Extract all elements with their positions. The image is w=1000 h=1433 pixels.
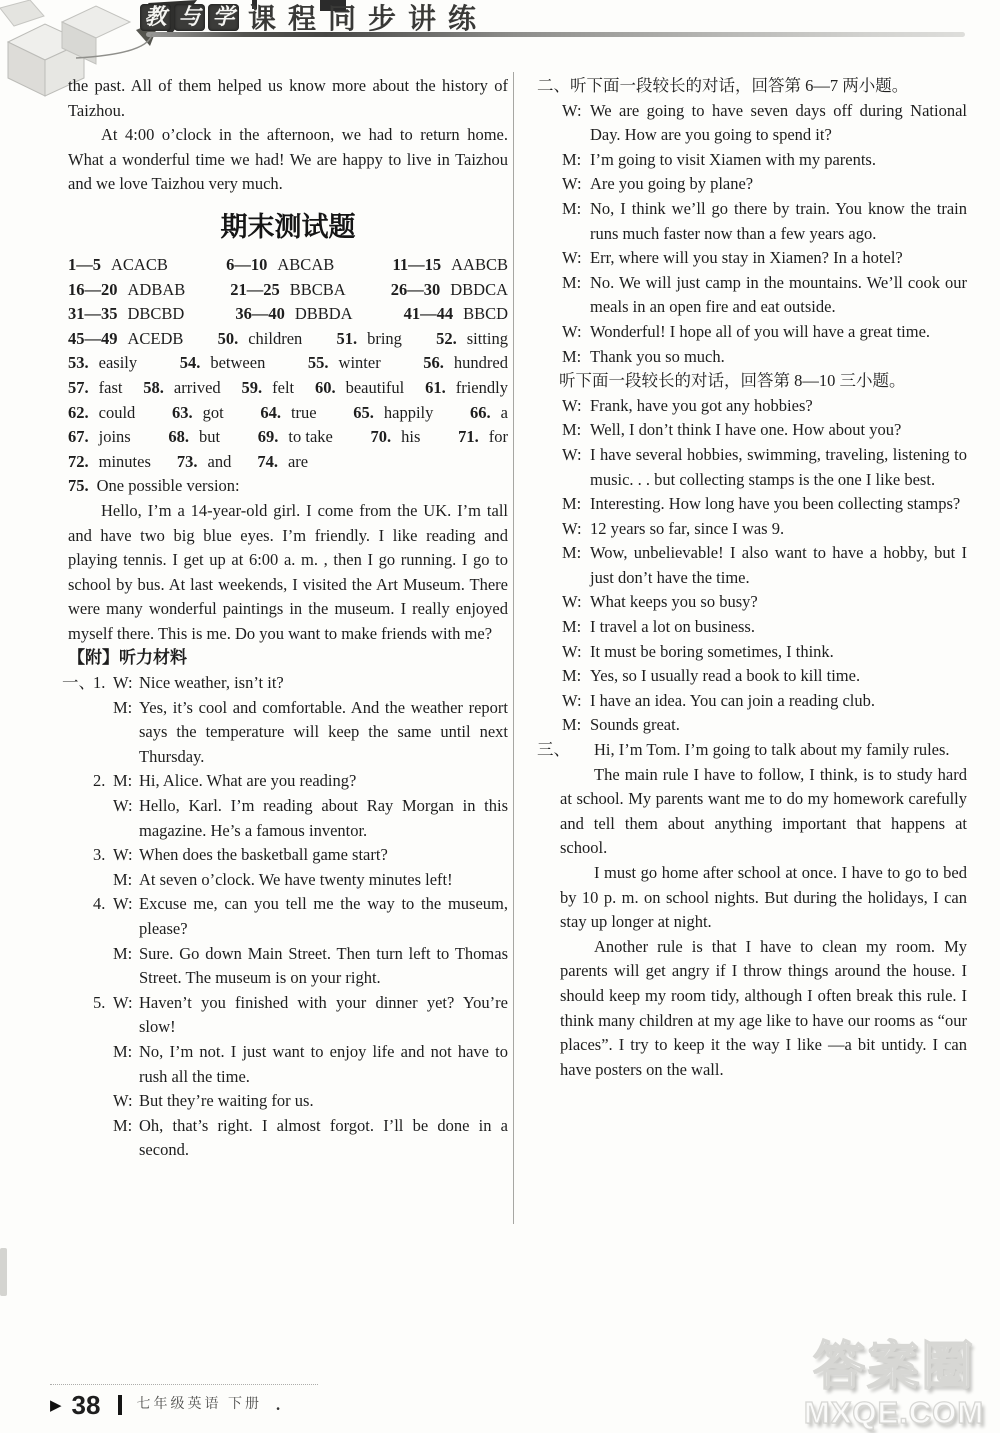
speaker-label: M: <box>113 696 132 721</box>
answer-group: 75.One possible version: <box>68 476 240 495</box>
answer-group: 59.felt <box>242 376 295 401</box>
answer-group: 21—25BBCBA <box>230 278 345 303</box>
dialog-line: M:Thank you so much. <box>537 345 967 370</box>
dialog-line: M:No, I think we’ll go there by train. Y… <box>537 197 967 246</box>
speaker-label: M: <box>562 664 581 689</box>
speaker-label: M: <box>562 345 581 370</box>
answer-text: joins <box>99 427 131 446</box>
answer-number: 51. <box>336 329 357 348</box>
monologue-body: Hi, I’m Tom. I’m going to talk about my … <box>560 738 967 1082</box>
answer-line: 75.One possible version: <box>68 474 508 499</box>
answer-number: 45—49 <box>68 329 118 348</box>
answer-text: hundred <box>454 353 508 372</box>
speaker-label: W: <box>562 320 582 345</box>
answer-text: to take <box>288 427 332 446</box>
answer-text: felt <box>272 378 294 397</box>
dialog-line: 4.W:Excuse me, can you tell me the way t… <box>68 892 508 941</box>
dialog-text: We are going to have seven days off duri… <box>590 99 967 148</box>
answer-number: 11—15 <box>393 255 442 274</box>
answer-number: 54. <box>180 353 201 372</box>
answer-text: true <box>291 403 317 422</box>
footer-divider <box>118 1395 122 1415</box>
arrow-icon: ▶ <box>50 1393 62 1418</box>
answer-number: 57. <box>68 378 89 397</box>
answer-line: 1—5ACACB6—10ABCAB11—15AABCB <box>68 253 508 278</box>
dialog-line: M:Sure. Go down Main Street. Then turn l… <box>68 942 508 991</box>
answer-text: fast <box>99 378 123 397</box>
answer-group: 56.hundred <box>423 351 508 376</box>
answer-line: 53.easily54.between55.winter56.hundred <box>68 351 508 376</box>
answer-number: 62. <box>68 403 89 422</box>
footer-dot: . <box>276 1393 280 1418</box>
speaker-label: M: <box>562 615 581 640</box>
monologue-paragraph: I must go home after school at once. I h… <box>560 861 967 935</box>
answer-text: ABCAB <box>277 255 334 274</box>
speaker-label: W: <box>113 1089 133 1114</box>
answer-group: 50.children <box>218 327 303 352</box>
dialog-line: W:But they’re waiting for us. <box>68 1089 508 1114</box>
speaker-label: W: <box>562 689 582 714</box>
dialog-text: But they’re waiting for us. <box>139 1089 508 1114</box>
speaker-label: M: <box>562 713 581 738</box>
section-number: 一、 <box>62 671 95 696</box>
answer-text: got <box>203 403 224 422</box>
answer-group: 55.winter <box>308 351 381 376</box>
series-title: 课程同步讲练 <box>248 5 488 33</box>
dialog-line: W:Err, where will you stay in Xiamen? In… <box>537 246 967 271</box>
answer-number: 67. <box>68 427 89 446</box>
answer-text: between <box>210 353 265 372</box>
answer-group: 6—10ABCAB <box>226 253 334 278</box>
dialog-line: W:I have an idea. You can join a reading… <box>537 689 967 714</box>
monologue: 三、 Hi, I’m Tom. I’m going to talk about … <box>537 738 967 1082</box>
answer-text: are <box>288 452 308 471</box>
answer-line: 16—20ADBAB21—25BBCBA26—30DBDCA <box>68 278 508 303</box>
dialog-line: M:Yes, it’s cool and comfortable. And th… <box>68 696 508 770</box>
left-column: the past. All of them helped us know mor… <box>68 74 508 1163</box>
dialog-line: W:Hello, Karl. I’m reading about Ray Mor… <box>68 794 508 843</box>
answer-number: 60. <box>315 378 336 397</box>
scan-edge-artifact <box>0 1248 7 1296</box>
answer-text: but <box>199 427 220 446</box>
dialog-text: Interesting. How long have you been coll… <box>590 492 967 517</box>
dialog-line: M:No, I’m not. I just want to enjoy life… <box>68 1040 508 1089</box>
watermark-line2: MXQE.COM <box>794 1395 994 1431</box>
speaker-label: W: <box>113 843 133 868</box>
speaker-label: M: <box>562 148 581 173</box>
dialog-line: W:Are you going by plane? <box>537 172 967 197</box>
answer-number: 59. <box>242 378 263 397</box>
answer-group: 66.a <box>470 401 508 426</box>
answer-number: 71. <box>458 427 479 446</box>
answer-text: happily <box>384 403 434 422</box>
dialog-text: Yes, it’s cool and comfortable. And the … <box>139 696 508 770</box>
listening-materials-header: 【附】听力材料 <box>68 646 508 671</box>
dialog-text: It must be boring sometimes, I think. <box>590 640 967 665</box>
dialog-text: Excuse me, can you tell me the way to th… <box>139 892 508 941</box>
answer-text: DBCBD <box>128 304 185 323</box>
column-divider <box>513 72 514 1224</box>
answer-group: 36—40DBBDA <box>235 302 352 327</box>
answer-group: 71.for <box>458 425 508 450</box>
answer-text: DBDCA <box>450 280 508 299</box>
section-header: 二、听下面一段较长的对话，回答第 6—7 两小题。 <box>537 74 967 99</box>
answer-group: 45—49ACEDB <box>68 327 183 352</box>
dialog-text: Oh, that’s right. I almost forgot. I’ll … <box>139 1114 508 1163</box>
answer-group: 69.to take <box>258 425 333 450</box>
speaker-label: M: <box>113 769 132 794</box>
dialog-line: W:It must be boring sometimes, I think. <box>537 640 967 665</box>
answer-number: 41—44 <box>404 304 454 323</box>
answer-number: 55. <box>308 353 329 372</box>
dialog-text: When does the basketball game start? <box>139 843 508 868</box>
dialog-text: Well, I don’t think I have one. How abou… <box>590 418 967 443</box>
dialog-line: 2.M:Hi, Alice. What are you reading? <box>68 769 508 794</box>
speaker-label: M: <box>562 418 581 443</box>
dialog-text: No, I think we’ll go there by train. You… <box>590 197 967 246</box>
answer-text: a <box>501 403 508 422</box>
speaker-label: W: <box>113 892 133 917</box>
answer-group: 57.fast <box>68 376 122 401</box>
dialog-text: Are you going by plane? <box>590 172 967 197</box>
answer-number: 66. <box>470 403 491 422</box>
answer-group: 31—35DBCBD <box>68 302 184 327</box>
answer-group: 11—15AABCB <box>393 253 508 278</box>
dialog-text: I have several hobbies, swimming, travel… <box>590 443 967 492</box>
answer-text: ADBAB <box>128 280 186 299</box>
answer-text: minutes <box>99 452 151 471</box>
section-title: 期末测试题 <box>68 209 508 245</box>
dialog-line: M:I travel a lot on business. <box>537 615 967 640</box>
dialog-line: M:At seven o’clock. We have twenty minut… <box>68 868 508 893</box>
answer-group: 62.could <box>68 401 135 426</box>
answer-group: 60.beautiful <box>315 376 404 401</box>
speaker-label: W: <box>562 590 582 615</box>
answer-number: 70. <box>371 427 392 446</box>
logo-char: 学 <box>208 4 239 31</box>
speaker-label: M: <box>562 492 581 517</box>
answer-number: 56. <box>423 353 444 372</box>
listening-dialog-section-1: 一、1.W:Nice weather, isn’t it?M:Yes, it’s… <box>68 671 508 1163</box>
monologue-paragraph: Hi, I’m Tom. I’m going to talk about my … <box>560 738 967 763</box>
page-number: 38 <box>72 1392 101 1418</box>
answer-number: 64. <box>260 403 281 422</box>
speaker-label: M: <box>562 271 581 296</box>
dialog-text: Hi, Alice. What are you reading? <box>139 769 508 794</box>
answer-line: 45—49ACEDB50.children51.bring52.sitting <box>68 327 508 352</box>
dialog-text: I’m going to visit Xiamen with my parent… <box>590 148 967 173</box>
book-title: 七年级英语 下册 <box>136 1393 262 1418</box>
answer-text: could <box>99 403 136 422</box>
answer-number: 21—25 <box>230 280 280 299</box>
logo-char: 与 <box>174 4 205 31</box>
answer-number: 52. <box>436 329 457 348</box>
answer-number: 63. <box>172 403 193 422</box>
answer-text: easily <box>99 353 138 372</box>
answer-number: 16—20 <box>68 280 118 299</box>
dialog-line: M:Well, I don’t think I have one. How ab… <box>537 418 967 443</box>
speaker-label: W: <box>562 443 582 468</box>
paragraph: At 4:00 o’clock in the afternoon, we had… <box>68 123 508 197</box>
speaker-label: M: <box>562 197 581 222</box>
speaker-label: W: <box>562 246 582 271</box>
dialog-text: At seven o’clock. We have twenty minutes… <box>139 868 508 893</box>
monologue-paragraph: The main rule I have to follow, I think,… <box>560 763 967 861</box>
dialog-text: Sounds great. <box>590 713 967 738</box>
answer-number: 75. <box>68 476 89 495</box>
answer-text: children <box>248 329 302 348</box>
speaker-label: M: <box>113 1040 132 1065</box>
dialog-text: I travel a lot on business. <box>590 615 967 640</box>
dialog-text: Wow, unbelievable! I also want to have a… <box>590 541 967 590</box>
dialog-text: Nice weather, isn’t it? <box>139 671 508 696</box>
watermark-line1: 答案圈 <box>794 1339 994 1395</box>
dialog-line: W:Wonderful! I hope all of you will have… <box>537 320 967 345</box>
answer-text: beautiful <box>346 378 405 397</box>
answer-group: 67.joins <box>68 425 131 450</box>
answer-number: 58. <box>143 378 164 397</box>
answer-number: 65. <box>353 403 374 422</box>
dialog-text: Wonderful! I hope all of you will have a… <box>590 320 967 345</box>
dialog-line: 一、1.W:Nice weather, isn’t it? <box>68 671 508 696</box>
answer-group: 53.easily <box>68 351 137 376</box>
answer-line: 67.joins68.but69.to take70.his71.for <box>68 425 508 450</box>
dialog-line: W:I have several hobbies, swimming, trav… <box>537 443 967 492</box>
dialog-text: 12 years so far, since I was 9. <box>590 517 967 542</box>
page: 教与学 课程同步讲练 the past. All of them helped … <box>0 0 1000 1433</box>
speaker-label: M: <box>113 942 132 967</box>
answer-number: 73. <box>177 452 198 471</box>
answer-group: 54.between <box>180 351 266 376</box>
answer-text: friendly <box>456 378 508 397</box>
answer-group: 52.sitting <box>436 327 508 352</box>
dialog-text: Haven’t you finished with your dinner ye… <box>139 991 508 1040</box>
answer-number: 61. <box>425 378 446 397</box>
dialog-text: I have an idea. You can join a reading c… <box>590 689 967 714</box>
answer-text: ACEDB <box>128 329 184 348</box>
section-number: 三、 <box>537 738 570 763</box>
header-swoosh <box>70 30 160 62</box>
page-footer: ▶ 38 七年级英语 下册 . <box>50 1384 318 1418</box>
writing-sample: Hello, I’m a 14-year-old girl. I come fr… <box>68 499 508 647</box>
dialog-line: M:Sounds great. <box>537 713 967 738</box>
answer-number: 50. <box>218 329 239 348</box>
speaker-label: W: <box>113 794 133 819</box>
answer-text: One possible version: <box>97 476 240 495</box>
dialog-text: Yes, so I usually read a book to kill ti… <box>590 664 967 689</box>
answer-group: 51.bring <box>336 327 401 352</box>
answer-text: DBBDA <box>295 304 353 323</box>
dialog-text: Thank you so much. <box>590 345 967 370</box>
dialog-line: M:No. We will just camp in the mountains… <box>537 271 967 320</box>
answer-group: 70.his <box>371 425 421 450</box>
answer-group: 1—5ACACB <box>68 253 168 278</box>
item-number: 5. <box>93 991 105 1016</box>
speaker-label: W: <box>562 640 582 665</box>
answer-group: 74.are <box>257 452 308 471</box>
dialog-line: W:12 years so far, since I was 9. <box>537 517 967 542</box>
dialog-line: M:I’m going to visit Xiamen with my pare… <box>537 148 967 173</box>
answer-text: and <box>208 452 232 471</box>
answer-text: BBCBA <box>290 280 346 299</box>
item-number: 4. <box>93 892 105 917</box>
answer-number: 36—40 <box>235 304 285 323</box>
listening-dialog-section-2b: W:Frank, have you got any hobbies?M:Well… <box>537 394 967 738</box>
speaker-label: M: <box>562 541 581 566</box>
speaker-label: W: <box>562 172 582 197</box>
answer-group: 72.minutes <box>68 452 151 471</box>
brand-logo: 教与学 <box>140 4 239 31</box>
right-column: 二、听下面一段较长的对话，回答第 6—7 两小题。 W:We are going… <box>537 74 967 1082</box>
answer-group: 61.friendly <box>425 376 508 401</box>
answer-line: 57.fast58.arrived59.felt60.beautiful61.f… <box>68 376 508 401</box>
answer-text: his <box>401 427 420 446</box>
dialog-text: Sure. Go down Main Street. Then turn lef… <box>139 942 508 991</box>
answer-key: 1—5ACACB6—10ABCAB11—15AABCB16—20ADBAB21—… <box>68 253 508 474</box>
answer-group: 63.got <box>172 401 224 426</box>
dialog-line: W:We are going to have seven days off du… <box>537 99 967 148</box>
answer-group: 16—20ADBAB <box>68 278 185 303</box>
speaker-label: M: <box>113 868 132 893</box>
answer-number: 74. <box>257 452 278 471</box>
answer-number: 31—35 <box>68 304 118 323</box>
answer-number: 72. <box>68 452 89 471</box>
answer-text: for <box>489 427 508 446</box>
logo-char: 教 <box>140 4 171 31</box>
dialog-text: Frank, have you got any hobbies? <box>590 394 967 419</box>
speaker-label: W: <box>113 671 133 696</box>
dialog-line: M:Wow, unbelievable! I also want to have… <box>537 541 967 590</box>
answer-text: arrived <box>174 378 221 397</box>
speaker-label: M: <box>113 1114 132 1139</box>
answer-text: sitting <box>467 329 508 348</box>
answer-number: 53. <box>68 353 89 372</box>
header-rule <box>146 32 965 37</box>
answer-number: 1—5 <box>68 255 101 274</box>
answer-text: AABCB <box>451 255 508 274</box>
answer-group: 41—44BBCD <box>404 302 508 327</box>
listening-dialog-section-2a: W:We are going to have seven days off du… <box>537 99 967 370</box>
dialog-text: No. We will just camp in the mountains. … <box>590 271 967 320</box>
dialog-line: 3.W:When does the basketball game start? <box>68 843 508 868</box>
dialog-text: What keeps you so busy? <box>590 590 967 615</box>
dialog-line: M:Oh, that’s right. I almost forgot. I’l… <box>68 1114 508 1163</box>
dialog-line: M:Yes, so I usually read a book to kill … <box>537 664 967 689</box>
monologue-paragraph: Another rule is that I have to clean my … <box>560 935 967 1083</box>
dialog-text: Err, where will you stay in Xiamen? In a… <box>590 246 967 271</box>
dialog-line: M:Interesting. How long have you been co… <box>537 492 967 517</box>
answer-group: 64.true <box>260 401 316 426</box>
dialog-line: 5.W:Haven’t you finished with your dinne… <box>68 991 508 1040</box>
item-number: 2. <box>93 769 105 794</box>
answer-group: 73.and <box>177 452 231 471</box>
speaker-label: W: <box>562 394 582 419</box>
dialog-text: Hello, Karl. I’m reading about Ray Morga… <box>139 794 508 843</box>
answer-number: 6—10 <box>226 255 267 274</box>
dialog-line: W:Frank, have you got any hobbies? <box>537 394 967 419</box>
answer-group: 58.arrived <box>143 376 220 401</box>
paragraph: the past. All of them helped us know mor… <box>68 74 508 123</box>
answer-text: ACACB <box>111 255 168 274</box>
item-number: 1. <box>93 671 105 696</box>
item-number: 3. <box>93 843 105 868</box>
answer-number: 26—30 <box>391 280 441 299</box>
watermark: 答案圈 MXQE.COM <box>794 1339 994 1431</box>
answer-text: bring <box>367 329 402 348</box>
answer-number: 69. <box>258 427 279 446</box>
dialog-text: No, I’m not. I just want to enjoy life a… <box>139 1040 508 1089</box>
answer-line: 62.could63.got64.true65.happily66.a <box>68 401 508 426</box>
speaker-label: W: <box>562 517 582 542</box>
answer-text: BBCD <box>463 304 508 323</box>
answer-number: 68. <box>168 427 189 446</box>
speaker-label: W: <box>562 99 582 124</box>
speaker-label: W: <box>113 991 133 1016</box>
section-header: 听下面一段较长的对话，回答第 8—10 三小题。 <box>559 369 967 394</box>
answer-group: 65.happily <box>353 401 433 426</box>
answer-group: 68.but <box>168 425 220 450</box>
dialog-line: W:What keeps you so busy? <box>537 590 967 615</box>
answer-line: 72.minutes73.and74.are <box>68 450 508 475</box>
answer-group: 26—30DBDCA <box>391 278 508 303</box>
answer-text: winter <box>339 353 381 372</box>
answer-line: 31—35DBCBD36—40DBBDA41—44BBCD <box>68 302 508 327</box>
